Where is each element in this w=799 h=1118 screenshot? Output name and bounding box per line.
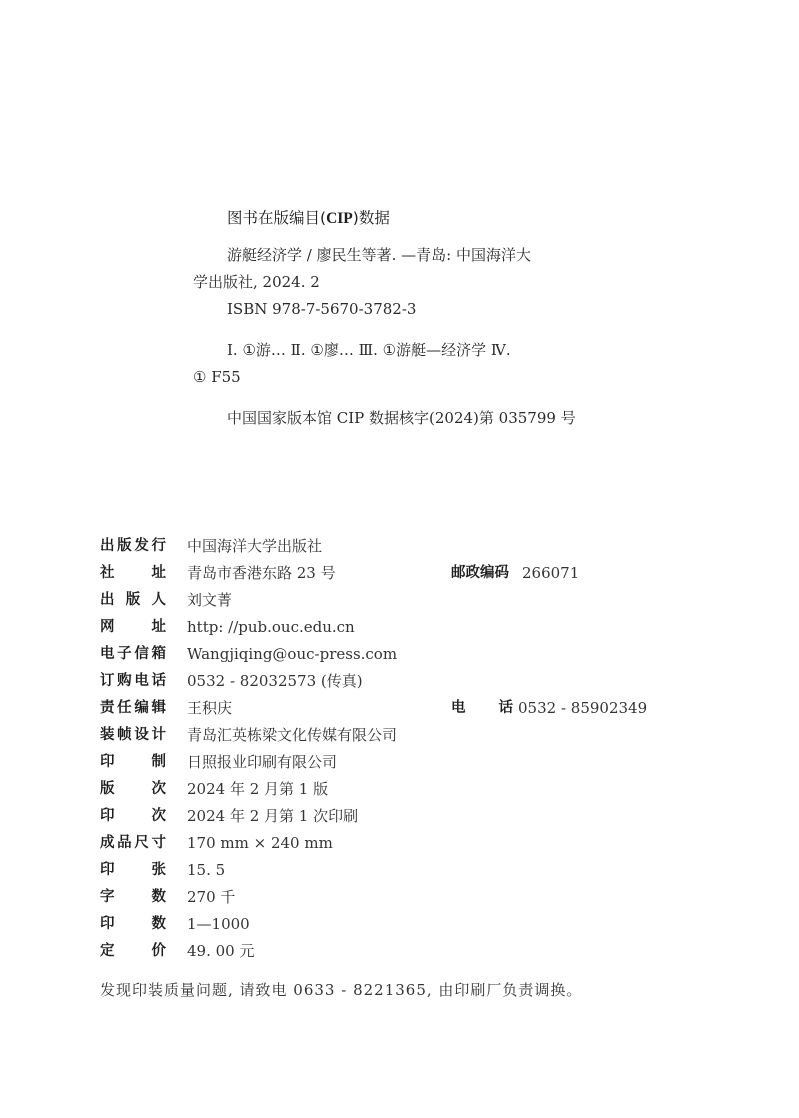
info-label: 印制 — [100, 750, 166, 774]
info-label: 印数 — [100, 912, 166, 936]
info-label: 出版发行 — [100, 534, 166, 558]
copyright-page: 图书在版编目(CIP)数据 游艇经济学 / 廖民生等著. —青岛: 中国海洋大 … — [0, 0, 799, 1118]
info-label: 电子信箱 — [100, 642, 166, 666]
info-value: 青岛市香港东路 23 号 — [187, 561, 336, 585]
info-label: 网址 — [100, 615, 166, 639]
info-label: 出版人 — [100, 588, 166, 612]
info-label: 成品尺寸 — [100, 831, 166, 855]
cip-bibliographic-line-1: 游艇经济学 / 廖民生等著. —青岛: 中国海洋大 — [227, 243, 531, 267]
info-row-print-run: 印数 1—1000 — [100, 912, 720, 936]
info-value: 0532 - 82032573 (传真) — [187, 669, 363, 693]
info-row-price: 定价 49. 00 元 — [100, 939, 720, 963]
info-value: 中国海洋大学出版社 — [187, 534, 322, 558]
info-value: 王积庆 — [187, 696, 232, 720]
info-label: 印张 — [100, 858, 166, 882]
info-value: 刘文菁 — [187, 588, 232, 612]
website-link: http: //pub.ouc.edu.cn — [187, 615, 355, 639]
info-label: 装帧设计 — [100, 723, 166, 747]
info-row-publisher: 出版发行 中国海洋大学出版社 — [100, 534, 720, 558]
info-label: 定价 — [100, 939, 166, 963]
cip-classification-line-2: ① F55 — [193, 365, 241, 389]
info-row-design: 装帧设计 青岛汇英栋梁文化传媒有限公司 — [100, 723, 720, 747]
cip-classification-line-1: Ⅰ. ①游… Ⅱ. ①廖… Ⅲ. ①游艇—经济学 Ⅳ. — [227, 338, 511, 362]
info-row-editor: 责任编辑 王积庆 电话 0532 - 85902349 — [100, 696, 720, 720]
info-row-printer: 印制 日照报业印刷有限公司 — [100, 750, 720, 774]
cip-isbn: ISBN 978-7-5670-3782-3 — [227, 297, 416, 321]
info-value: 2024 年 2 月第 1 次印刷 — [187, 804, 358, 828]
info-row-sheets: 印张 15. 5 — [100, 858, 720, 882]
info-row-order-phone: 订购电话 0532 - 82032573 (传真) — [100, 669, 720, 693]
info-row-edition: 版次 2024 年 2 月第 1 版 — [100, 777, 720, 801]
info-label: 社址 — [100, 561, 166, 585]
cip-title-suffix: )数据 — [353, 209, 390, 227]
info-row-printing: 印次 2024 年 2 月第 1 次印刷 — [100, 804, 720, 828]
cip-number: 中国国家版本馆 CIP 数据核字(2024)第 035799 号 — [227, 406, 576, 430]
info-value: 15. 5 — [187, 858, 225, 882]
info-label: 印次 — [100, 804, 166, 828]
info-value: 270 千 — [187, 885, 235, 909]
info-row-size: 成品尺寸 170 mm × 240 mm — [100, 831, 720, 855]
info-label: 订购电话 — [100, 669, 166, 693]
cip-title-prefix: 图书在版编目( — [227, 209, 326, 227]
postcode-label: 邮政编码 — [451, 561, 509, 585]
info-row-word-count: 字数 270 千 — [100, 885, 720, 909]
phone-value: 0532 - 85902349 — [518, 696, 647, 720]
info-row-email: 电子信箱 Wangjiqing@ouc-press.com — [100, 642, 720, 666]
cip-title: 图书在版编目(CIP)数据 — [227, 206, 390, 231]
cip-title-bold: CIP — [326, 210, 353, 227]
phone-label: 电话 — [451, 696, 513, 720]
info-label: 责任编辑 — [100, 696, 166, 720]
info-label: 版次 — [100, 777, 166, 801]
info-value: 日照报业印刷有限公司 — [187, 750, 337, 774]
cip-bibliographic-line-2: 学出版社, 2024. 2 — [193, 270, 320, 294]
info-label: 字数 — [100, 885, 166, 909]
info-row-website: 网址 http: //pub.ouc.edu.cn — [100, 615, 720, 639]
quality-notice: 发现印装质量问题, 请致电 0633 - 8221365, 由印刷厂负责调换。 — [100, 978, 582, 1002]
info-value: 170 mm × 240 mm — [187, 831, 333, 855]
email-value: Wangjiqing@ouc-press.com — [187, 642, 397, 666]
postcode-value: 266071 — [522, 561, 579, 585]
info-value: 49. 00 元 — [187, 939, 254, 963]
info-row-address: 社址 青岛市香港东路 23 号 邮政编码 266071 — [100, 561, 720, 585]
info-value: 青岛汇英栋梁文化传媒有限公司 — [187, 723, 397, 747]
info-value: 2024 年 2 月第 1 版 — [187, 777, 328, 801]
info-row-publisher-person: 出版人 刘文菁 — [100, 588, 720, 612]
info-value: 1—1000 — [187, 912, 250, 936]
